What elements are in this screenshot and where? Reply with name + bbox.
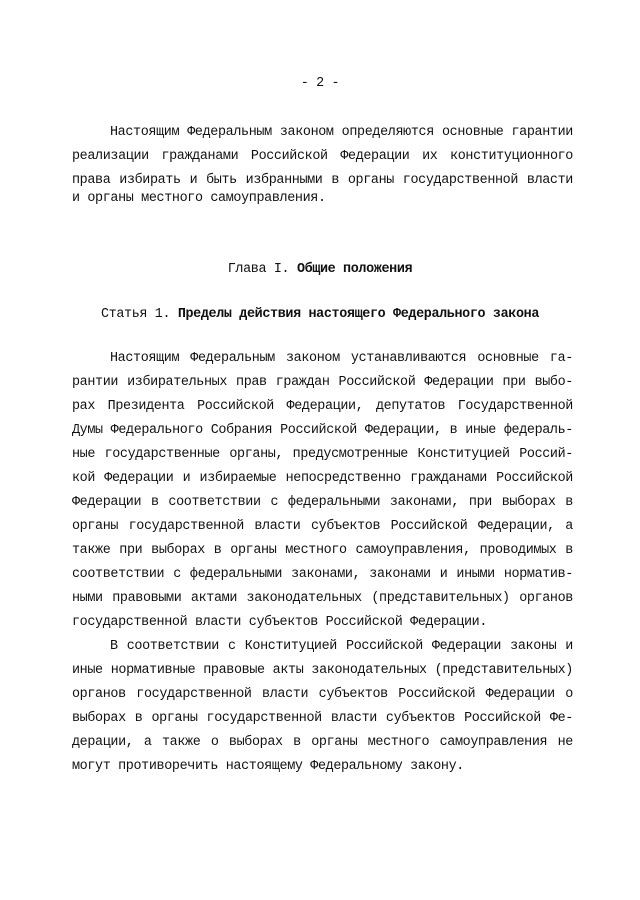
paragraph-line: ными правовыми актами законодательных (п… — [72, 590, 573, 608]
paragraph-line: также при выборах в органы местного само… — [72, 542, 573, 560]
paragraph-line: государственной власти субъектов Российс… — [72, 614, 573, 632]
preamble-line: и органы местного самоуправления. — [72, 190, 573, 208]
paragraph-line: рантии избирательных прав граждан Россий… — [72, 374, 573, 392]
paragraph-line: кой Федерации и избираемые непосредствен… — [72, 470, 573, 488]
paragraph-line: соответствии с федеральными законами, за… — [72, 566, 573, 584]
article-heading: Статья 1. Пределы действия настоящего Фе… — [0, 306, 640, 324]
paragraph-line: рах Президента Российской Федерации, деп… — [72, 398, 573, 416]
preamble-line: реализации гражданами Российской Федерац… — [72, 148, 573, 166]
preamble-line: права избирать и быть избранными в орган… — [72, 172, 573, 190]
preamble-line: Настоящим Федеральным законом определяют… — [110, 124, 573, 142]
paragraph-line: органы государственной власти субъектов … — [72, 518, 573, 536]
paragraph-line: ные государственные органы, предусмотрен… — [72, 446, 573, 464]
paragraph-line: В соответствии с Конституцией Российской… — [110, 638, 573, 656]
paragraph-line: дерации, а также о выборах в органы мест… — [72, 734, 573, 752]
chapter-prefix: Глава I. — [228, 262, 290, 277]
paragraph-line: могут противоречить настоящему Федеральн… — [72, 758, 573, 776]
page-number: - 2 - — [0, 75, 640, 93]
paragraph-line: органов государственной власти субъектов… — [72, 686, 573, 704]
paragraph-line: иные нормативные правовые акты законодат… — [72, 662, 573, 680]
paragraph-line: выборах в органы государственной власти … — [72, 710, 573, 728]
article-title: Пределы действия настоящего Федерального… — [178, 307, 539, 322]
paragraph-line: Федерации в соответствии с федеральными … — [72, 494, 573, 512]
chapter-title: Общие положения — [297, 262, 412, 277]
chapter-heading: Глава I. Общие положения — [0, 261, 640, 279]
paragraph-line: Думы Федерального Собрания Российской Фе… — [72, 422, 573, 440]
article-prefix: Статья 1. — [101, 307, 170, 322]
paragraph-line: Настоящим Федеральным законом устанавлив… — [110, 350, 573, 368]
